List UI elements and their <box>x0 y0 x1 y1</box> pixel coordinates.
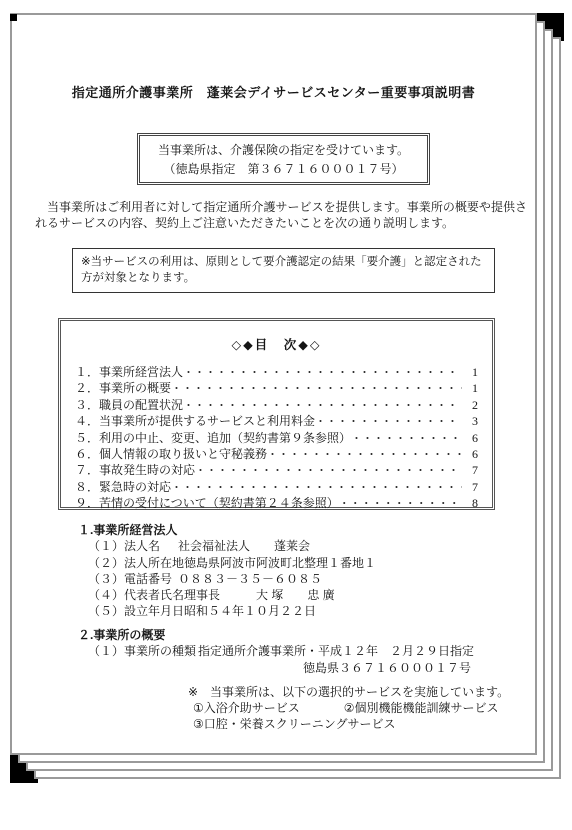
section-operating-corporation: １.事業所経営法人 （１）法人名 社会福祉法人 蓬莱会 （２）法人所在地 徳島県… <box>78 522 376 620</box>
toc-item: ６．個人情報の取り扱いと守秘義務 ・・・・・・・・・・・・・・・・・・・・・・・… <box>75 447 478 463</box>
toc-dot-leader: ・・・・・・・・・・・・・・・・・・・・・・・・・・・・・・・・・・・・・・・・ <box>351 432 462 447</box>
designation-line-1: 当事業所は、介護保険の指定を受けています。 <box>140 141 427 160</box>
table-row: （２）法人所在地 徳島県阿波市阿波町北整理１番地１ <box>88 555 376 571</box>
optional-services-heading: ※ 当事業所は、以下の選択的サービスを実施しています。 <box>188 684 509 700</box>
toc-item-label: ５．利用の中止、変更、追加（契約書第９条参照） <box>75 431 351 446</box>
section-1-heading: １.事業所経営法人 <box>78 522 376 538</box>
toc-item: ７．事故発生時の対応 ・・・・・・・・・・・・・・・・・・・・・・・・・・・・・… <box>75 463 478 479</box>
toc-dot-leader: ・・・・・・・・・・・・・・・・・・・・・・・・・・・・・・・・・・・・・・・・ <box>267 448 462 463</box>
table-row: （４）代表者氏名 理事長 大 塚 忠 廣 <box>88 587 376 603</box>
toc-item-label: ９．苦情の受付について（契約書第２４条参照） <box>75 496 339 511</box>
toc-page-number: 1 <box>462 365 478 380</box>
table-row: （１）事業所の種類 指定通所介護事業所・平成１２年 ２月２９日指定 <box>88 643 474 659</box>
document-page: 指定通所介護事業所 蓬莱会デイサービスセンター重要事項説明書 当事業所は、介護保… <box>10 13 537 755</box>
toc-list: １．事業所経営法人 ・・・・・・・・・・・・・・・・・・・・・・・・・・・・・・… <box>75 365 478 513</box>
toc-page-number: 7 <box>462 480 478 495</box>
section-2-heading: ２.事業所の概要 <box>78 627 474 643</box>
toc-item: ８．緊急時の対応 ・・・・・・・・・・・・・・・・・・・・・・・・・・・・・・・… <box>75 480 478 496</box>
toc-dot-leader: ・・・・・・・・・・・・・・・・・・・・・・・・・・・・・・・・・・・・・・・・ <box>171 382 462 397</box>
row-value: 昭和５４年１０月２２日 <box>184 603 316 619</box>
toc-page-number: 6 <box>462 447 478 462</box>
row-label: （５）設立年月日 <box>88 603 184 619</box>
optional-services-list: ①入浴介助サービス②個別機能機能訓練サービス ③口腔・栄養スクリーニングサービス <box>193 700 509 732</box>
toc-item-label: ７．事故発生時の対応 <box>75 463 195 478</box>
service-row: ③口腔・栄養スクリーニングサービス <box>193 716 509 732</box>
page-title: 指定通所介護事業所 蓬莱会デイサービスセンター重要事項説明書 <box>12 82 535 101</box>
row-value: 徳島県阿波市阿波町北整理１番地１ <box>184 555 376 571</box>
service-item-1: ①入浴介助サービス <box>193 701 300 715</box>
scan-corner-black-top-left <box>10 14 17 21</box>
toc-dot-leader: ・・・・・・・・・・・・・・・・・・・・・・・・・・・・・・・・・・・・・・・・ <box>195 464 462 479</box>
toc-item-label: １．事業所経営法人 <box>75 365 183 380</box>
toc-item-label: ４．当事業所が提供するサービスと利用料金 <box>75 414 315 429</box>
toc-item-label: ８．緊急時の対応 <box>75 480 171 495</box>
service-item-3: ③口腔・栄養スクリーニングサービス <box>193 717 396 731</box>
toc-dot-leader: ・・・・・・・・・・・・・・・・・・・・・・・・・・・・・・・・・・・・・・・・ <box>339 497 462 512</box>
optional-services-note: ※ 当事業所は、以下の選択的サービスを実施しています。 ①入浴介助サービス②個別… <box>188 684 509 732</box>
notice-box: ※当サービスの利用は、原則として要介護認定の結果「要介護」と認定された方が対象と… <box>72 248 495 293</box>
row-value: 理事長 大 塚 忠 廣 <box>184 587 335 603</box>
table-of-contents: ◇◆目 次◆◇ １．事業所経営法人 ・・・・・・・・・・・・・・・・・・・・・・… <box>58 318 495 510</box>
section-office-overview: ２.事業所の概要 （１）事業所の種類 指定通所介護事業所・平成１２年 ２月２９日… <box>78 627 474 676</box>
toc-item: ９．苦情の受付について（契約書第２４条参照） ・・・・・・・・・・・・・・・・・… <box>75 496 478 512</box>
row-value: 社会福祉法人 蓬莱会 <box>178 538 310 554</box>
toc-item: １．事業所経営法人 ・・・・・・・・・・・・・・・・・・・・・・・・・・・・・・… <box>75 365 478 381</box>
toc-item-label: ２．事業所の概要 <box>75 381 171 396</box>
intro-paragraph: 当事業所はご利用者に対して指定通所介護サービスを提供します。事業所の概要や提供さ… <box>35 199 527 232</box>
toc-page-number: 6 <box>462 431 478 446</box>
toc-dot-leader: ・・・・・・・・・・・・・・・・・・・・・・・・・・・・・・・・・・・・・・・・ <box>171 481 462 496</box>
designation-number-line: 徳島県３６７１６０００１７号 <box>303 660 474 676</box>
service-row: ①入浴介助サービス②個別機能機能訓練サービス <box>193 700 509 716</box>
designation-box: 当事業所は、介護保険の指定を受けています。 （徳島県指定 第３６７１６０００１７… <box>137 133 430 185</box>
toc-item: ５．利用の中止、変更、追加（契約書第９条参照） ・・・・・・・・・・・・・・・・… <box>75 431 478 447</box>
row-value: 指定通所介護事業所・平成１２年 ２月２９日指定 <box>198 643 474 659</box>
service-item-2: ②個別機能機能訓練サービス <box>344 700 499 716</box>
toc-page-number: 8 <box>462 496 478 511</box>
toc-item: ３．職員の配置状況 ・・・・・・・・・・・・・・・・・・・・・・・・・・・・・・… <box>75 398 478 414</box>
row-label: （２）法人所在地 <box>88 555 184 571</box>
row-label: （１）法人名 <box>88 538 178 554</box>
row-label: （１）事業所の種類 <box>88 643 198 659</box>
toc-item: ２．事業所の概要 ・・・・・・・・・・・・・・・・・・・・・・・・・・・・・・・… <box>75 381 478 397</box>
designation-line-2: （徳島県指定 第３６７１６０００１７号） <box>140 160 427 179</box>
toc-dot-leader: ・・・・・・・・・・・・・・・・・・・・・・・・・・・・・・・・・・・・・・・・ <box>315 415 462 430</box>
scanned-document-stage: 指定通所介護事業所 蓬莱会デイサービスセンター重要事項説明書 当事業所は、介護保… <box>0 0 572 830</box>
toc-page-number: 7 <box>462 463 478 478</box>
toc-dot-leader: ・・・・・・・・・・・・・・・・・・・・・・・・・・・・・・・・・・・・・・・・ <box>183 399 462 414</box>
section-1-rows: （１）法人名 社会福祉法人 蓬莱会 （２）法人所在地 徳島県阿波市阿波町北整理１… <box>88 538 376 619</box>
toc-heading: ◇◆目 次◆◇ <box>61 335 492 353</box>
toc-page-number: 1 <box>462 381 478 396</box>
toc-page-number: 2 <box>462 398 478 413</box>
toc-page-number: 3 <box>462 414 478 429</box>
table-row: （５）設立年月日 昭和５４年１０月２２日 <box>88 603 376 619</box>
table-row: （１）法人名 社会福祉法人 蓬莱会 <box>88 538 376 554</box>
toc-item: ４．当事業所が提供するサービスと利用料金 ・・・・・・・・・・・・・・・・・・・… <box>75 414 478 430</box>
row-label: （３）電話番号 <box>88 571 178 587</box>
table-row: （３）電話番号 ０８８３－３５－６０８５ <box>88 571 376 587</box>
section-2-rows: （１）事業所の種類 指定通所介護事業所・平成１２年 ２月２９日指定 徳島県３６７… <box>88 643 474 676</box>
toc-dot-leader: ・・・・・・・・・・・・・・・・・・・・・・・・・・・・・・・・・・・・・・・・ <box>183 366 462 381</box>
toc-item-label: ３．職員の配置状況 <box>75 398 183 413</box>
row-value: ０８８３－３５－６０８５ <box>178 571 322 587</box>
toc-item-label: ６．個人情報の取り扱いと守秘義務 <box>75 447 267 462</box>
row-label: （４）代表者氏名 <box>88 587 184 603</box>
